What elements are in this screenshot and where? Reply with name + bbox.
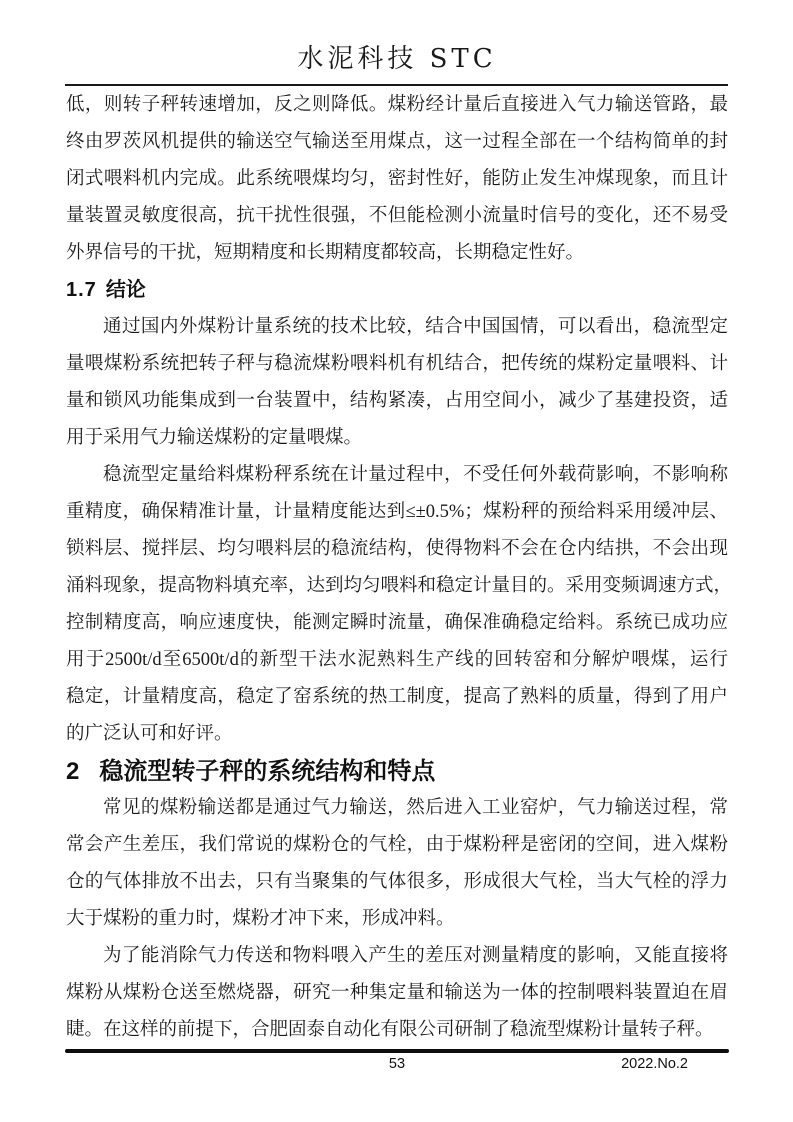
paragraph: 为了能消除气力传送和物料喂入产生的差压对测量精度的影响，又能直接将煤粉从煤粉仓送… [66, 938, 728, 1049]
document-content: 低，则转子秤转速增加，反之则降低。煤粉经计量后直接进入气力输送管路，最终由罗茨风… [66, 87, 728, 1049]
footer-rule [65, 1049, 729, 1053]
issue-number: 2022.No.2 [621, 1056, 688, 1072]
section-number: 2 [66, 758, 79, 785]
document-page: 水泥科技 STC 低，则转子秤转速增加，反之则降低。煤粉经计量后直接进入气力输送… [0, 0, 793, 1122]
text-line: 量和锁风功能集成到一台装置中，结构紧凑，占用空间小，减少了基建投资，适 [66, 383, 728, 420]
journal-title: 水泥科技 STC [297, 40, 496, 78]
text-line: 稳流型定量给料煤粉秤系统在计量过程中，不受任何外载荷影响，不影响称 [66, 457, 728, 494]
text-line: 仓的气体排放不出去，只有当聚集的气体很多，形成很大气栓，当大气栓的浮力 [66, 864, 728, 901]
section-title: 稳流型转子秤的系统结构和特点 [99, 758, 435, 785]
text-line: 稳定，计量精度高，稳定了窑系统的热工制度，提高了熟料的质量，得到了用户 [66, 679, 728, 716]
text-line: 终由罗茨风机提供的输送空气输送至用煤点，这一过程全部在一个结构简单的封 [66, 124, 728, 161]
text-line: 常会产生差压，我们常说的煤粉仓的气栓，由于煤粉秤是密闭的空间，进入煤粉 [66, 827, 728, 864]
text-line: 用于采用气力输送煤粉的定量喂煤。 [66, 420, 728, 457]
text-line: 涌料现象，提高物料填充率，达到均匀喂料和稳定计量目的。采用变频调速方式， [66, 568, 728, 605]
text-line: 闭式喂料机内完成。此系统喂煤均匀，密封性好，能防止发生冲煤现象，而且计 [66, 161, 728, 198]
text-line: 睫。在这样的前提下，合肥固泰自动化有限公司研制了稳流型煤粉计量转子秤。 [66, 1012, 728, 1049]
text-line: 常见的煤粉输送都是通过气力输送，然后进入工业窑炉，气力输送过程，常 [66, 790, 728, 827]
text-line: 的广泛认可和好评。 [66, 716, 728, 753]
text-line: 重精度，确保精准计量，计量精度能达到≤±0.5%；煤粉秤的预给料采用缓冲层、 [66, 494, 728, 531]
section-heading: 2稳流型转子秤的系统结构和特点 [66, 753, 728, 790]
text-line: 控制精度高，响应速度快，能测定瞬时流量，确保准确稳定给料。系统已成功应 [66, 605, 728, 642]
text-line: 低，则转子秤转速增加，反之则降低。煤粉经计量后直接进入气力输送管路，最 [66, 87, 728, 124]
text-line: 煤粉从煤粉仓送至燃烧器，研究一种集定量和输送为一体的控制喂料装置迫在眉 [66, 975, 728, 1012]
text-line: 量装置灵敏度很高，抗干扰性很强，不但能检测小流量时信号的变化，还不易受 [66, 198, 728, 235]
section-number: 1.7 [66, 279, 97, 301]
paragraph: 低，则转子秤转速增加，反之则降低。煤粉经计量后直接进入气力输送管路，最终由罗茨风… [66, 87, 728, 272]
text-line: 通过国内外煤粉计量系统的技术比较，结合中国国情，可以看出，稳流型定 [66, 309, 728, 346]
page-footer: 53 2022.No.2 [66, 1056, 728, 1078]
paragraph: 稳流型定量给料煤粉秤系统在计量过程中，不受任何外载荷影响，不影响称重精度，确保精… [66, 457, 728, 753]
text-line: 为了能消除气力传送和物料喂入产生的差压对测量精度的影响，又能直接将 [66, 938, 728, 975]
paragraph: 常见的煤粉输送都是通过气力输送，然后进入工业窑炉，气力输送过程，常常会产生差压，… [66, 790, 728, 938]
text-line: 外界信号的干扰，短期精度和长期精度都较高，长期稳定性好。 [66, 235, 728, 272]
section-title: 结论 [106, 279, 146, 301]
text-line: 锁料层、搅拌层、均匀喂料层的稳流结构，使得物料不会在仓内结拱，不会出现 [66, 531, 728, 568]
section-heading: 1.7结论 [66, 272, 728, 309]
text-line: 大于煤粉的重力时，煤粉才冲下来，形成冲料。 [66, 901, 728, 938]
header-rule [65, 84, 728, 86]
journal-header: 水泥科技 STC [66, 40, 728, 78]
text-line: 用于2500t/d至6500t/d的新型干法水泥熟料生产线的回转窑和分解炉喂煤，… [66, 642, 728, 679]
paragraph: 通过国内外煤粉计量系统的技术比较，结合中国国情，可以看出，稳流型定量喂煤粉系统把… [66, 309, 728, 457]
text-line: 量喂煤粉系统把转子秤与稳流煤粉喂料机有机结合，把传统的煤粉定量喂料、计 [66, 346, 728, 383]
